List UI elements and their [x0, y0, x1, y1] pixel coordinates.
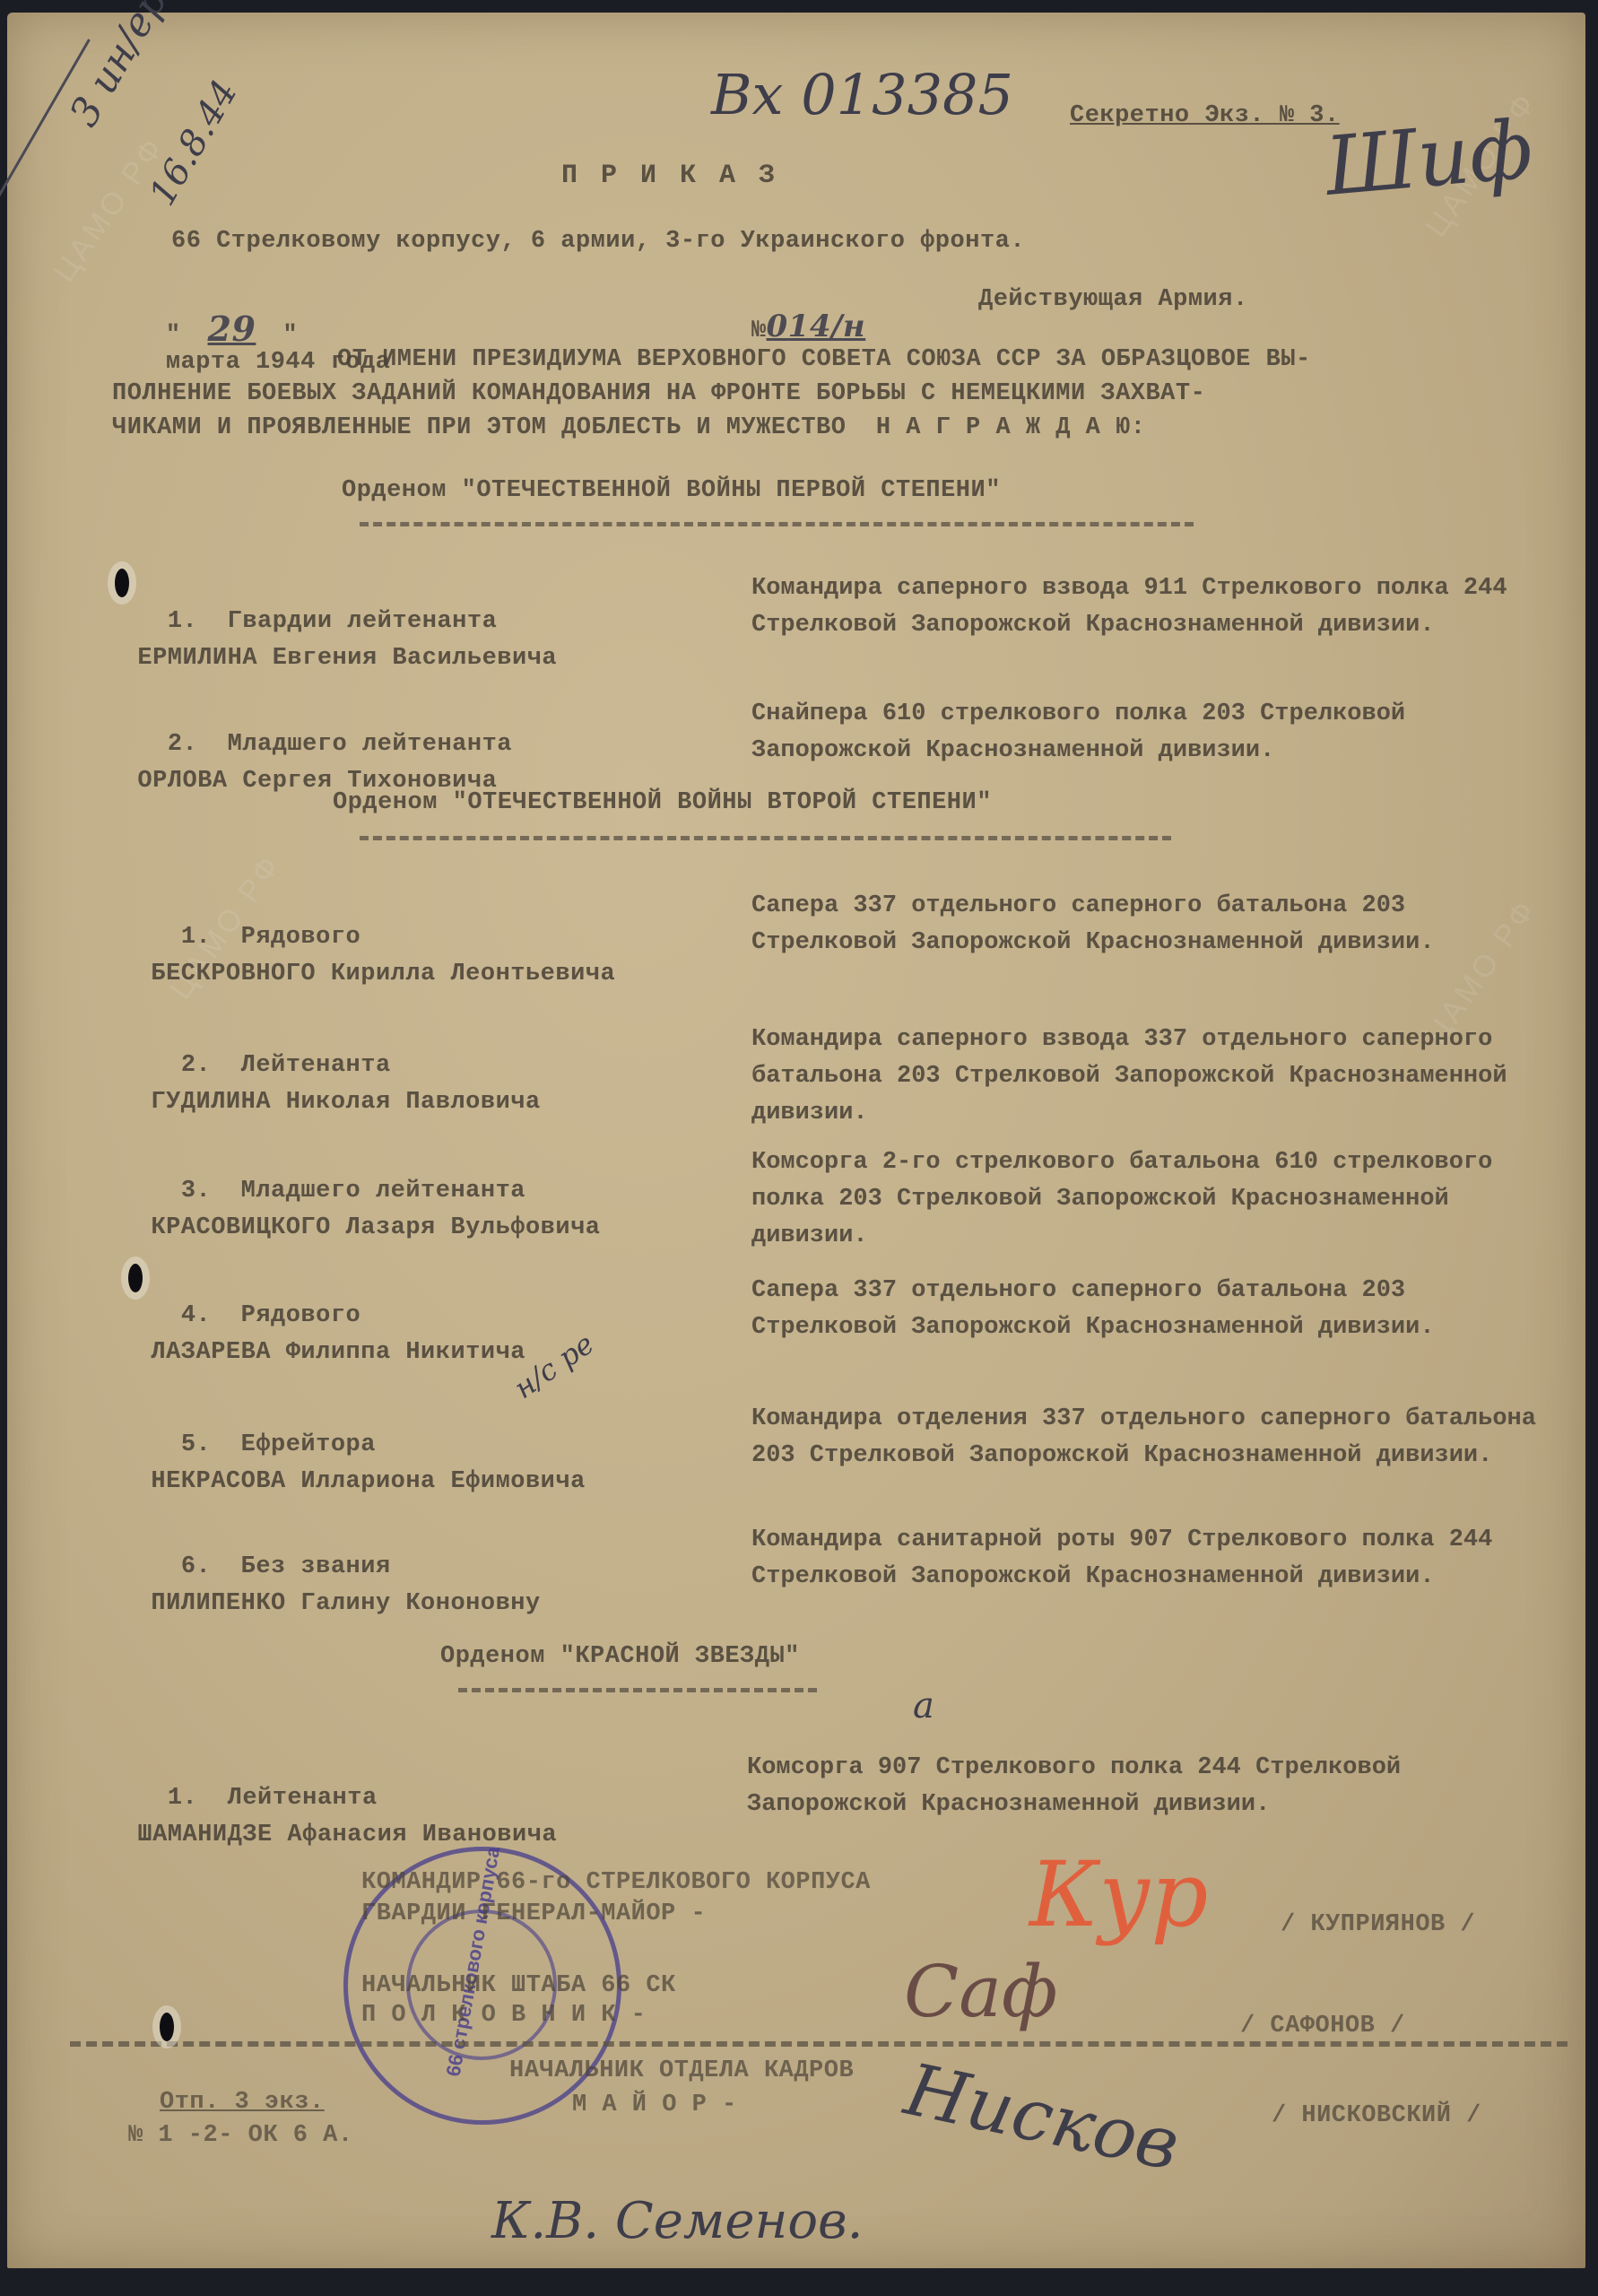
signature-title-1: КОМАНДИР 66-го СТРЕЛКОВОГО КОРПУСА: [361, 1869, 871, 1896]
entry-name: НЕКРАСОВА Иллариона Ефимовича: [151, 1468, 585, 1495]
entry-position: Комсорга 2-го стрелкового батальона 610 …: [751, 1144, 1541, 1255]
entry-rank: Ефрейтора: [241, 1431, 376, 1458]
entry-number: 2.: [181, 1052, 211, 1079]
number-value: 014/н: [767, 309, 866, 344]
award-entry-left: 1. Рядового БЕСКРОВНОГО Кирилла Леонтьев…: [121, 883, 615, 1030]
archive-number: Вх 013385: [711, 62, 1013, 127]
entry-rank: Без звания: [241, 1553, 391, 1580]
date-day: 29: [181, 309, 283, 349]
entry-number: 1.: [181, 924, 211, 951]
signature-title-2: НАЧАЛЬНИК ШТАБА 66 СК: [361, 1972, 676, 1999]
handwritten-mark: а: [913, 1685, 934, 1726]
signature-title-2b: П О Л К О В Н И К -: [361, 2002, 646, 2029]
award-entry-left: 6. Без звания ПИЛИПЕНКО Галину Кононовну: [121, 1512, 541, 1659]
handwritten-signature-red: Кур: [1029, 1842, 1208, 1947]
entry-name: ШАМАНИДЗЕ Афанасия Ивановича: [137, 1822, 557, 1848]
entry-name: ЕРМИЛИНА Евгения Васильевича: [137, 645, 557, 672]
strike-line: [0, 39, 91, 226]
entry-name: ЛАЗАРЕВА Филиппа Никитича: [151, 1339, 525, 1366]
entry-rank: Лейтенанта: [228, 1785, 378, 1812]
document-page: ЦАМО РФ ЦАМО РФ ЦАМО РФ ЦАМО РФ 3 ин/ерг…: [7, 13, 1585, 2268]
entry-position: Сапера 337 отдельного саперного батальон…: [751, 888, 1541, 961]
entry-position: Командира санитарной роты 907 Стрелковог…: [751, 1522, 1541, 1596]
watermark: ЦАМО РФ: [47, 130, 172, 289]
margin-note-line1: 3 ин/ерг: [61, 0, 186, 135]
entry-position: Командира отделения 337 отдельного сапер…: [751, 1401, 1541, 1474]
entry-number: 6.: [181, 1553, 211, 1580]
entry-position: Командира саперного взвода 337 отдельног…: [751, 1022, 1541, 1132]
handwritten-signature-3: Нисков: [899, 2048, 1186, 2187]
entry-position: Снайпера 610 стрелкового полка 203 Стрел…: [751, 696, 1541, 770]
distribution-list: № 1 -2- ОК 6 А.: [128, 2122, 353, 2149]
entry-number: 2.: [168, 731, 197, 758]
entry-rank: Лейтенанта: [241, 1052, 391, 1079]
handwritten-margin-note: 3 ин/ерг: [61, 0, 186, 135]
entry-position: Сапера 337 отдельного саперного батальон…: [751, 1273, 1541, 1346]
signature-title-3: НАЧАЛЬНИК ОТДЕЛА КАДРОВ: [509, 2057, 854, 2084]
page-title: ПРИКАЗ: [561, 161, 798, 191]
punch-hole: [128, 1264, 143, 1292]
quote: ": [282, 322, 298, 349]
divider: [458, 1688, 817, 1692]
secrecy-mark: Секретно Экз. № 3.: [1070, 102, 1340, 129]
punch-hole: [160, 2013, 174, 2041]
entry-number: 4.: [181, 1302, 211, 1329]
entry-number: 3.: [181, 1178, 211, 1205]
location: Действующая Армия.: [978, 286, 1248, 313]
entry-name: КРАСОВИЦКОГО Лазаря Вульфовича: [151, 1214, 600, 1241]
entry-rank: Младшего лейтенанта: [228, 731, 512, 758]
signature-title-3b: М А Й О Р -: [572, 2092, 737, 2118]
entry-rank: Младшего лейтенанта: [241, 1178, 525, 1205]
entry-number: 1.: [168, 608, 197, 635]
entry-number: 1.: [168, 1785, 197, 1812]
section-heading: Орденом "КРАСНОЙ ЗВЕЗДЫ": [440, 1643, 800, 1670]
addressee: 66 Стрелковому корпусу, 6 армии, 3-го Ук…: [171, 228, 1025, 255]
preamble-line-2: ПОЛНЕНИЕ БОЕВЫХ ЗАДАНИЙ КОМАНДОВАНИЯ НА …: [112, 380, 1205, 407]
punch-hole: [115, 569, 129, 597]
award-entry-left: 4. Рядового ЛАЗАРЕВА Филиппа Никитича: [121, 1261, 525, 1408]
divider: [360, 522, 1194, 526]
entry-name: ПИЛИПЕНКО Галину Кононовну: [151, 1590, 540, 1617]
section-heading: Орденом "ОТЕЧЕСТВЕННОЙ ВОЙНЫ ВТОРОЙ СТЕП…: [333, 789, 992, 816]
entry-number: 5.: [181, 1431, 211, 1458]
entry-rank: Гвардии лейтенанта: [228, 608, 498, 635]
handwritten-signature-2: Саф: [904, 1950, 1058, 2033]
preamble-line-3: ЧИКАМИ И ПРОЯВЛЕННЫЕ ПРИ ЭТОМ ДОБЛЕСТЬ И…: [112, 414, 1145, 441]
distribution-copies: Отп. 3 экз.: [160, 2089, 325, 2116]
signature-name-3: / НИСКОВСКИЙ /: [1272, 2102, 1481, 2129]
preamble-line-1: ОТ ИМЕНИ ПРЕЗИДИУМА ВЕРХОВНОГО СОВЕТА СО…: [337, 346, 1311, 373]
handwritten-name-bottom: К.В. Семенов.: [491, 2192, 863, 2250]
signature-name-1: / КУПРИЯНОВ /: [1281, 1911, 1475, 1938]
entry-name: БЕСКРОВНОГО Кирилла Леонтьевича: [151, 961, 615, 987]
entry-position: Командира саперного взвода 911 Стрелково…: [751, 570, 1541, 644]
entry-rank: Рядового: [241, 924, 361, 951]
divider: [70, 2041, 1568, 2047]
divider: [360, 836, 1171, 840]
section-heading: Орденом "ОТЕЧЕСТВЕННОЙ ВОЙНЫ ПЕРВОЙ СТЕП…: [342, 477, 1001, 504]
entry-name: ГУДИЛИНА Николая Павловича: [151, 1089, 540, 1116]
handwritten-signature-top: Шиф: [1322, 102, 1536, 214]
signature-title-1b: ГВАРДИИ ГЕНЕРАЛ-МАЙОР -: [361, 1900, 706, 1927]
quote: ": [166, 322, 181, 349]
entry-rank: Рядового: [241, 1302, 361, 1329]
number-label: №: [751, 317, 767, 344]
signature-name-2: / САФОНОВ /: [1240, 2013, 1405, 2039]
entry-position: Комсорга 907 Стрелкового полка 244 Стрел…: [747, 1750, 1536, 1823]
